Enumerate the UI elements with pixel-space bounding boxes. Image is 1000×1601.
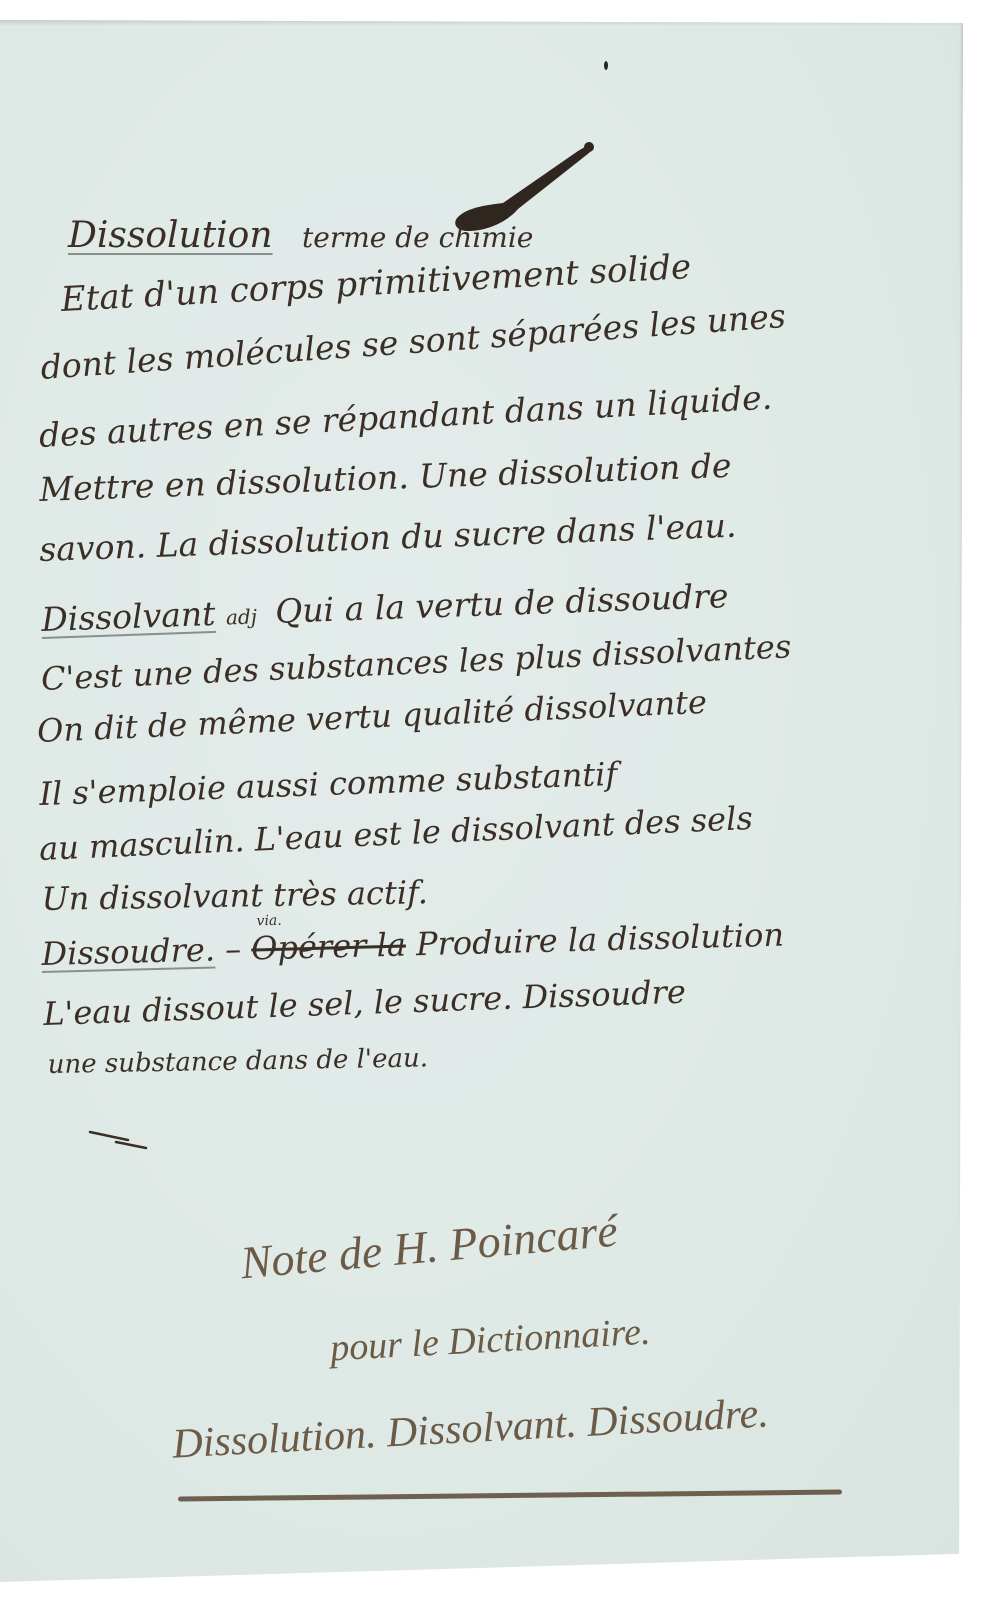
ink-dot — [604, 61, 608, 70]
abbr-adj: adj — [226, 604, 258, 629]
struck-text: Opérer la — [251, 925, 407, 967]
manuscript-line-12: Un dissolvant très actif. — [41, 873, 428, 918]
insertion-via: via. — [256, 913, 282, 930]
pen-mark — [88, 1128, 148, 1150]
headword-dissolvant: Dissolvant — [41, 594, 216, 639]
headword-dissoudre: Dissoudre. — [41, 930, 215, 973]
headword-dissolution: Dissolution — [68, 215, 273, 256]
dash: – — [225, 930, 242, 968]
line-text: terme de chimie — [302, 221, 533, 254]
manuscript-line-1: Dissolution terme de chimie — [68, 215, 533, 256]
